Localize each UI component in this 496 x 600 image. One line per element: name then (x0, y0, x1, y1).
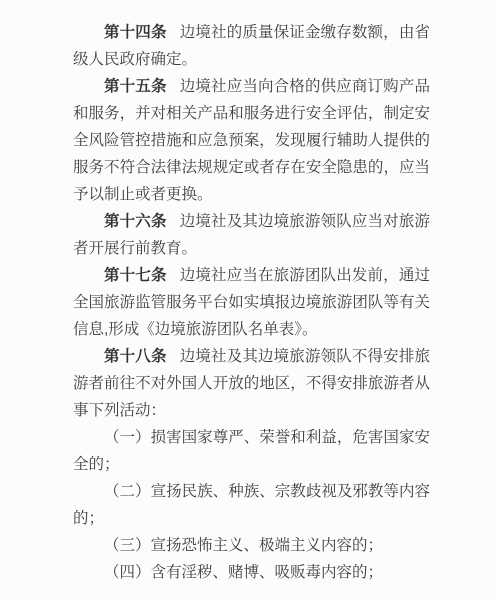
list-item-text: （三）宣扬恐怖主义、极端主义内容的； (104, 537, 383, 554)
article-number-18: 第十八条 (104, 348, 167, 365)
article-paragraph-14: 第十四条边境社的质量保证金缴存数额，由省级人民政府确定。 (73, 19, 430, 73)
article-number-14: 第十四条 (104, 24, 167, 41)
article-paragraph-17: 第十七条边境社应当在旅游团队出发前，通过全国旅游监管服务平台如实填报边境旅游团队… (73, 262, 430, 343)
article-paragraph-18: 第十八条边境社及其边境旅游领队不得安排旅游者前往不对外国人开放的地区，不得安排旅… (73, 343, 430, 424)
article-paragraph-16: 第十六条边境社及其边境旅游领队应当对旅游者开展行前教育。 (73, 208, 430, 262)
legal-document-page: 第十四条边境社的质量保证金缴存数额，由省级人民政府确定。 第十五条边境社应当向合… (0, 0, 496, 600)
list-item-text: （一）损害国家尊严、荣誉和利益，危害国家安全的； (73, 429, 430, 473)
list-item-text: （二）宣扬民族、种族、宗教歧视及邪教等内容的； (73, 483, 430, 527)
article-number-16: 第十六条 (104, 213, 167, 230)
article-number-15: 第十五条 (104, 78, 167, 95)
list-item-3: （三）宣扬恐怖主义、极端主义内容的； (73, 532, 430, 559)
article-text: 边境社应当向合格的供应商订购产品和服务，并对相关产品和服务进行安全评估，制定安全… (73, 78, 430, 203)
article-paragraph-15: 第十五条边境社应当向合格的供应商订购产品和服务，并对相关产品和服务进行安全评估，… (73, 73, 430, 208)
list-item-4: （四）含有淫秽、赌博、吸贩毒内容的； (73, 559, 430, 586)
list-item-1: （一）损害国家尊严、荣誉和利益，危害国家安全的； (73, 424, 430, 478)
list-item-2: （二）宣扬民族、种族、宗教歧视及邪教等内容的； (73, 478, 430, 532)
list-item-text: （四）含有淫秽、赌博、吸贩毒内容的； (104, 564, 383, 581)
article-number-17: 第十七条 (104, 267, 167, 284)
